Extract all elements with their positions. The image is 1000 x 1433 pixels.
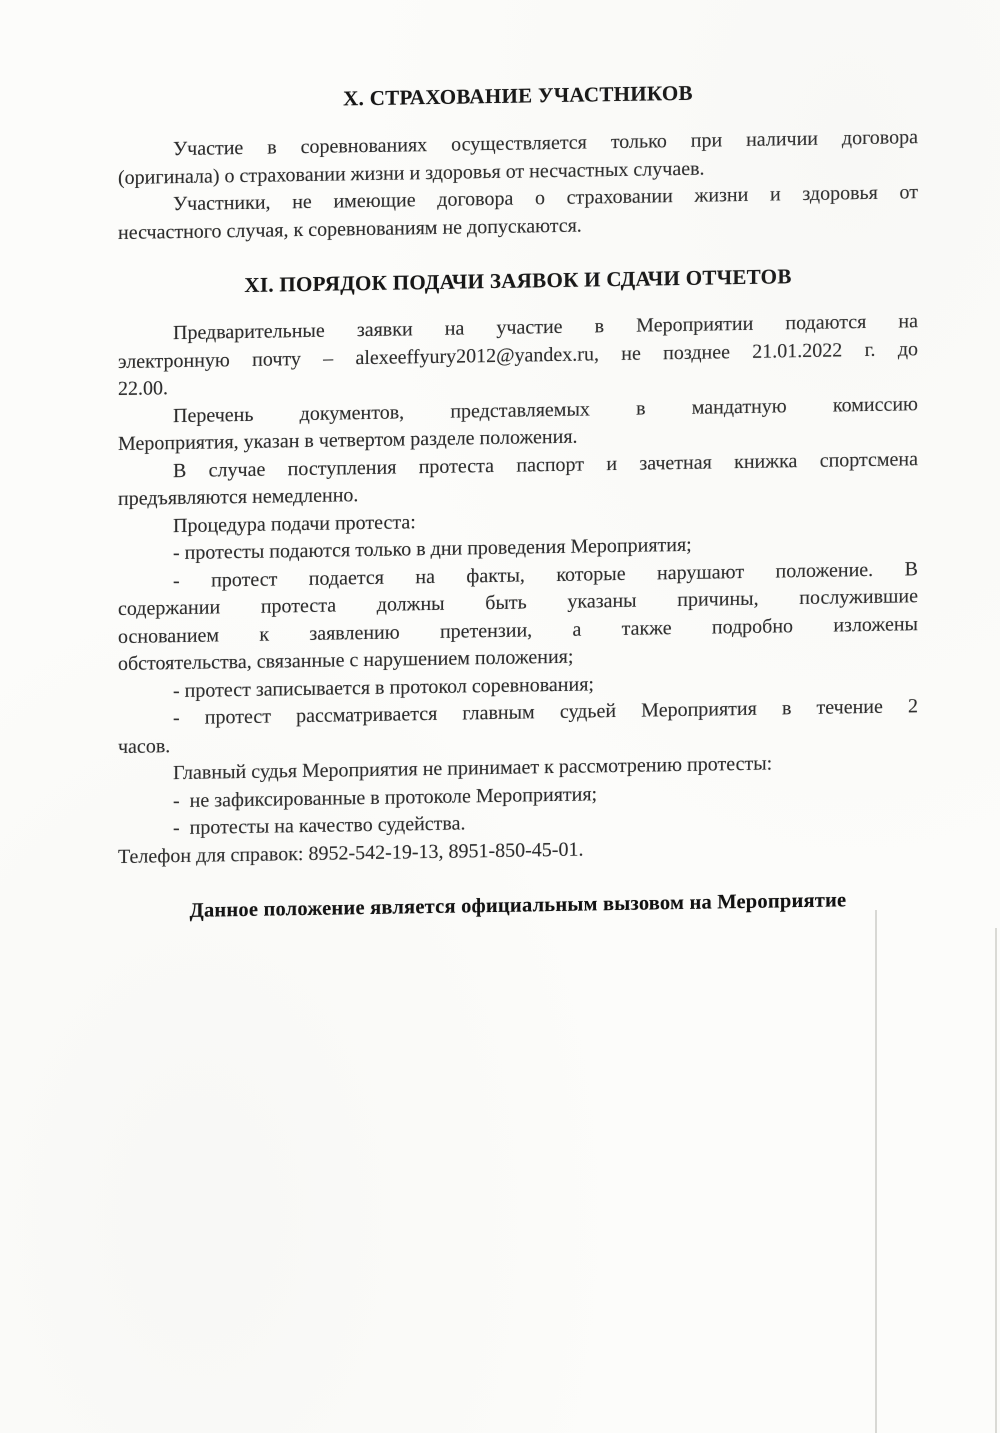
official-invitation-statement: Данное положение является официальным вы… xyxy=(118,886,918,926)
section-heading-applications: XI. ПОРЯДОК ПОДАЧИ ЗАЯВОК И СДАЧИ ОТЧЕТО… xyxy=(118,260,918,301)
document-content: X. СТРАХОВАНИЕ УЧАСТНИКОВ Участие в соре… xyxy=(118,75,918,926)
scan-fold-line xyxy=(875,910,877,1433)
phone-numbers: 8952-542-19-13, 8951-850-45-01 xyxy=(309,838,579,864)
phone-line-suffix: . xyxy=(578,838,583,860)
phone-label: Телефон для справок: xyxy=(118,842,309,867)
email-line-prefix: электронную почту – xyxy=(118,347,355,373)
scan-edge-line xyxy=(995,928,997,1433)
section-heading-insurance: X. СТРАХОВАНИЕ УЧАСТНИКОВ xyxy=(118,75,918,116)
email-line-suffix: , не позднее 21.01.2022 г. до xyxy=(594,338,918,365)
scanned-document-page: X. СТРАХОВАНИЕ УЧАСТНИКОВ Участие в соре… xyxy=(0,0,1000,1433)
email-text: alexeeffyury2012@yandex.ru xyxy=(355,343,594,369)
